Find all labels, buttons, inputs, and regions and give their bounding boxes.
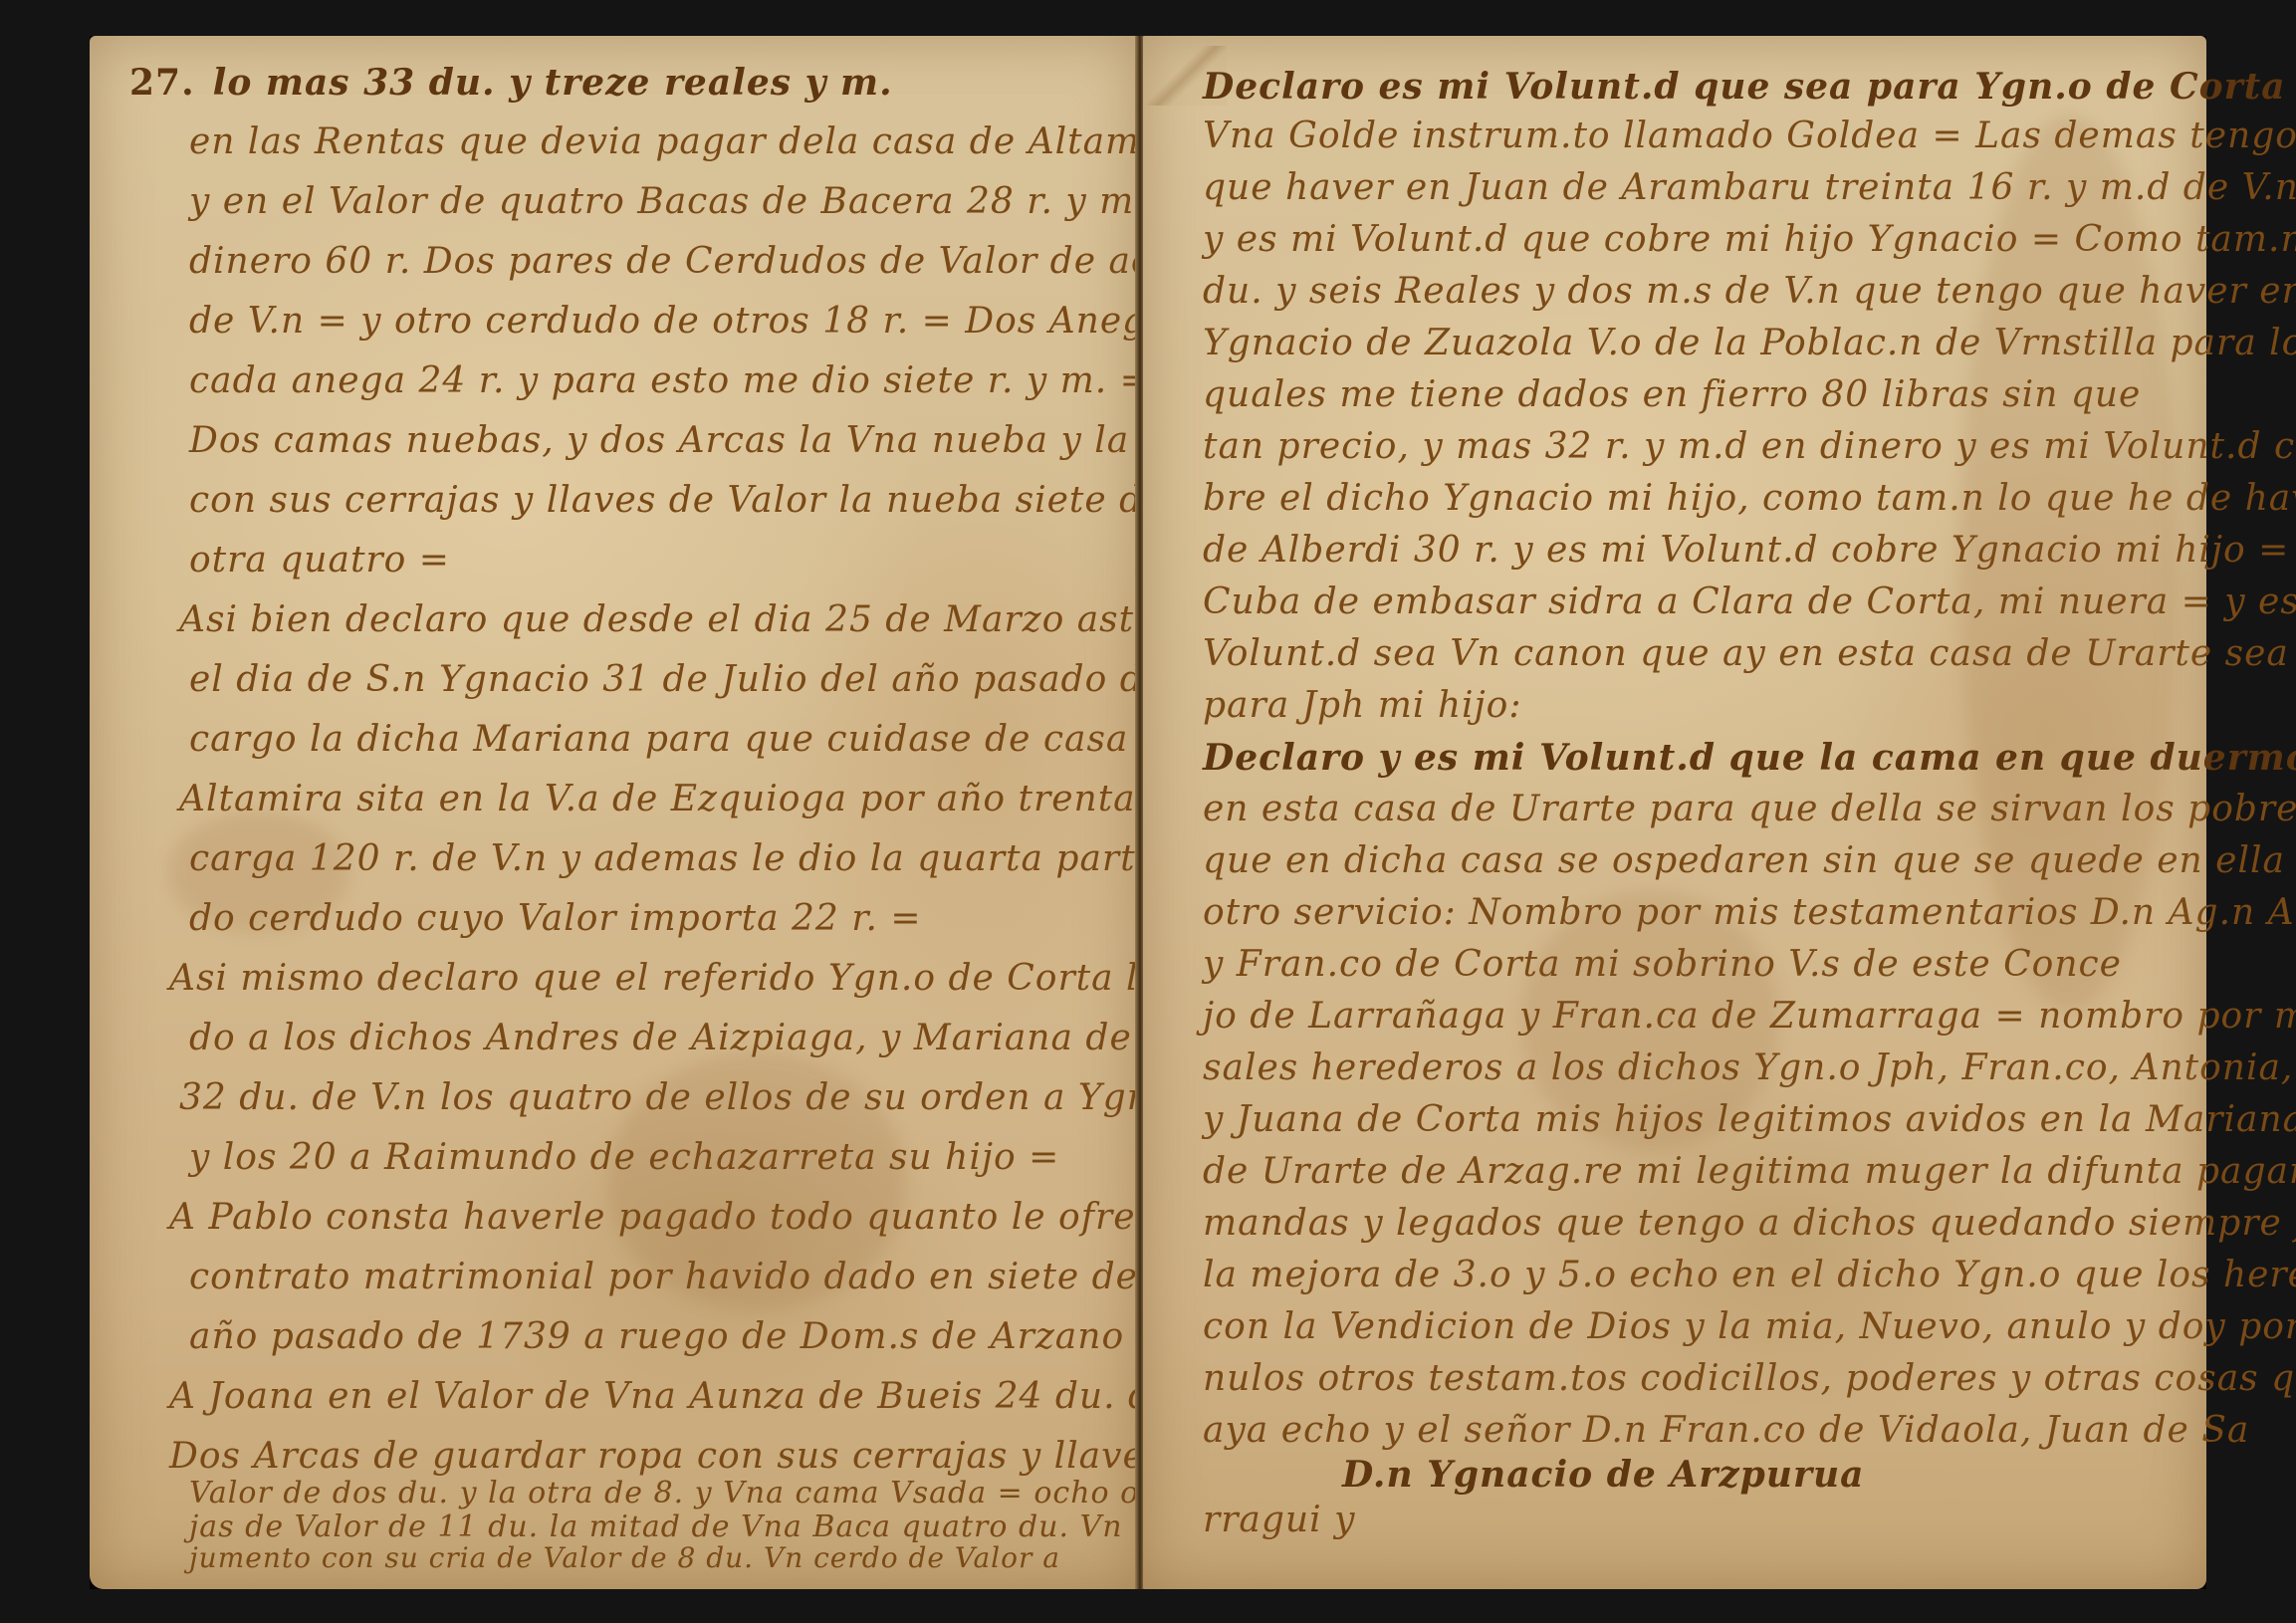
- text-line: rragui y: [1203, 1500, 1355, 1540]
- text-line: do cerdudo cuyo Valor importa 22 r. =: [189, 898, 922, 939]
- manuscript-scan: 27.lo mas 33 du. y treze reales y m. en …: [0, 0, 2296, 1623]
- text-line: y es mi Volunt.d que cobre mi hijo Ygnac…: [1203, 219, 2296, 260]
- text-line: que haver en Juan de Arambaru treinta 16…: [1203, 167, 2296, 208]
- right-page: Declaro es mi Volunt.d que sea para Ygn.…: [1143, 36, 2206, 1589]
- text-line: du. y seis Reales y dos m.s de V.n que t…: [1203, 271, 2296, 312]
- open-book: 27.lo mas 33 du. y treze reales y m. en …: [90, 36, 2206, 1589]
- text-line: otro servicio: Nombro por mis testamenta…: [1203, 892, 2296, 933]
- text-line: aya echo y el señor D.n Fran.co de Vidao…: [1203, 1410, 2249, 1451]
- signature: D.n Ygnacio de Arzpurua: [1342, 1454, 1864, 1496]
- left-page: 27.lo mas 33 du. y treze reales y m. en …: [90, 36, 1137, 1589]
- text-line: la mejora de 3.o y 5.o echo en el dicho …: [1203, 1255, 2296, 1295]
- text-line: quales me tiene dados en fierro 80 libra…: [1203, 374, 2141, 415]
- text-line: y Juana de Corta mis hijos legitimos avi…: [1203, 1099, 2296, 1140]
- text-line: que en dicha casa se ospedaren sin que s…: [1203, 840, 2296, 881]
- text-line: Cuba de embasar sidra a Clara de Corta, …: [1203, 581, 2296, 622]
- text-line: sales herederos a los dichos Ygn.o Jph, …: [1203, 1047, 2296, 1088]
- text-line: y en el Valor de quatro Bacas de Bacera …: [189, 181, 1235, 222]
- text-line: Valor de dos du. y la otra de 8. y Vna c…: [189, 1476, 1178, 1510]
- text-line: nulos otros testam.tos codicillos, poder…: [1203, 1358, 2296, 1399]
- text-line: Volunt.d sea Vn canon que ay en esta cas…: [1203, 633, 2289, 674]
- text-line: y Fran.co de Corta mi sobrino V.s de est…: [1203, 944, 2122, 985]
- text-line: Vna Golde instrum.to llamado Goldea = La…: [1203, 116, 2296, 156]
- text-line: 27.lo mas 33 du. y treze reales y m.: [129, 62, 893, 104]
- text-line: tan precio, y mas 32 r. y m.d en dinero …: [1203, 426, 2296, 467]
- text-line: Asi bien declaro que desde el dia 25 de …: [179, 599, 1157, 640]
- text-line: jas de Valor de 11 du. la mitad de Vna B…: [189, 1509, 1123, 1544]
- folio-number: 27.: [129, 62, 195, 104]
- text-line: en esta casa de Urarte para que della se…: [1203, 789, 2296, 829]
- text-line: jo de Larrañaga y Fran.ca de Zumarraga =…: [1203, 996, 2296, 1037]
- text-line: Declaro y es mi Volunt.d que la cama en …: [1203, 737, 2296, 779]
- text-line: bre el dicho Ygnacio mi hijo, como tam.n…: [1203, 478, 2296, 519]
- text-line: con la Vendicion de Dios y la mia, Nuevo…: [1203, 1306, 2296, 1347]
- text-line: Ygnacio de Zuazola V.o de la Poblac.n de…: [1203, 323, 2296, 363]
- text-line: de Alberdi 30 r. y es mi Volunt.d cobre …: [1203, 530, 2296, 571]
- text-line: mandas y legados que tengo a dichos qued…: [1203, 1203, 2296, 1244]
- text-line: otra quatro =: [189, 540, 450, 580]
- text-line: para Jph mi hijo:: [1203, 685, 1522, 726]
- text-line: Declaro es mi Volunt.d que sea para Ygn.…: [1203, 66, 2296, 108]
- text-line: jumento con su cria de Valor de 8 du. Vn…: [189, 1541, 1060, 1574]
- text-line: y los 20 a Raimundo de echazarreta su hi…: [189, 1137, 1059, 1178]
- text-line: de Urarte de Arzag.re mi legitima muger …: [1203, 1151, 2296, 1192]
- text-line: A Joana en el Valor de Vna Aunza de Buei…: [169, 1376, 1244, 1417]
- line-text: lo mas 33 du. y treze reales y m.: [213, 62, 893, 104]
